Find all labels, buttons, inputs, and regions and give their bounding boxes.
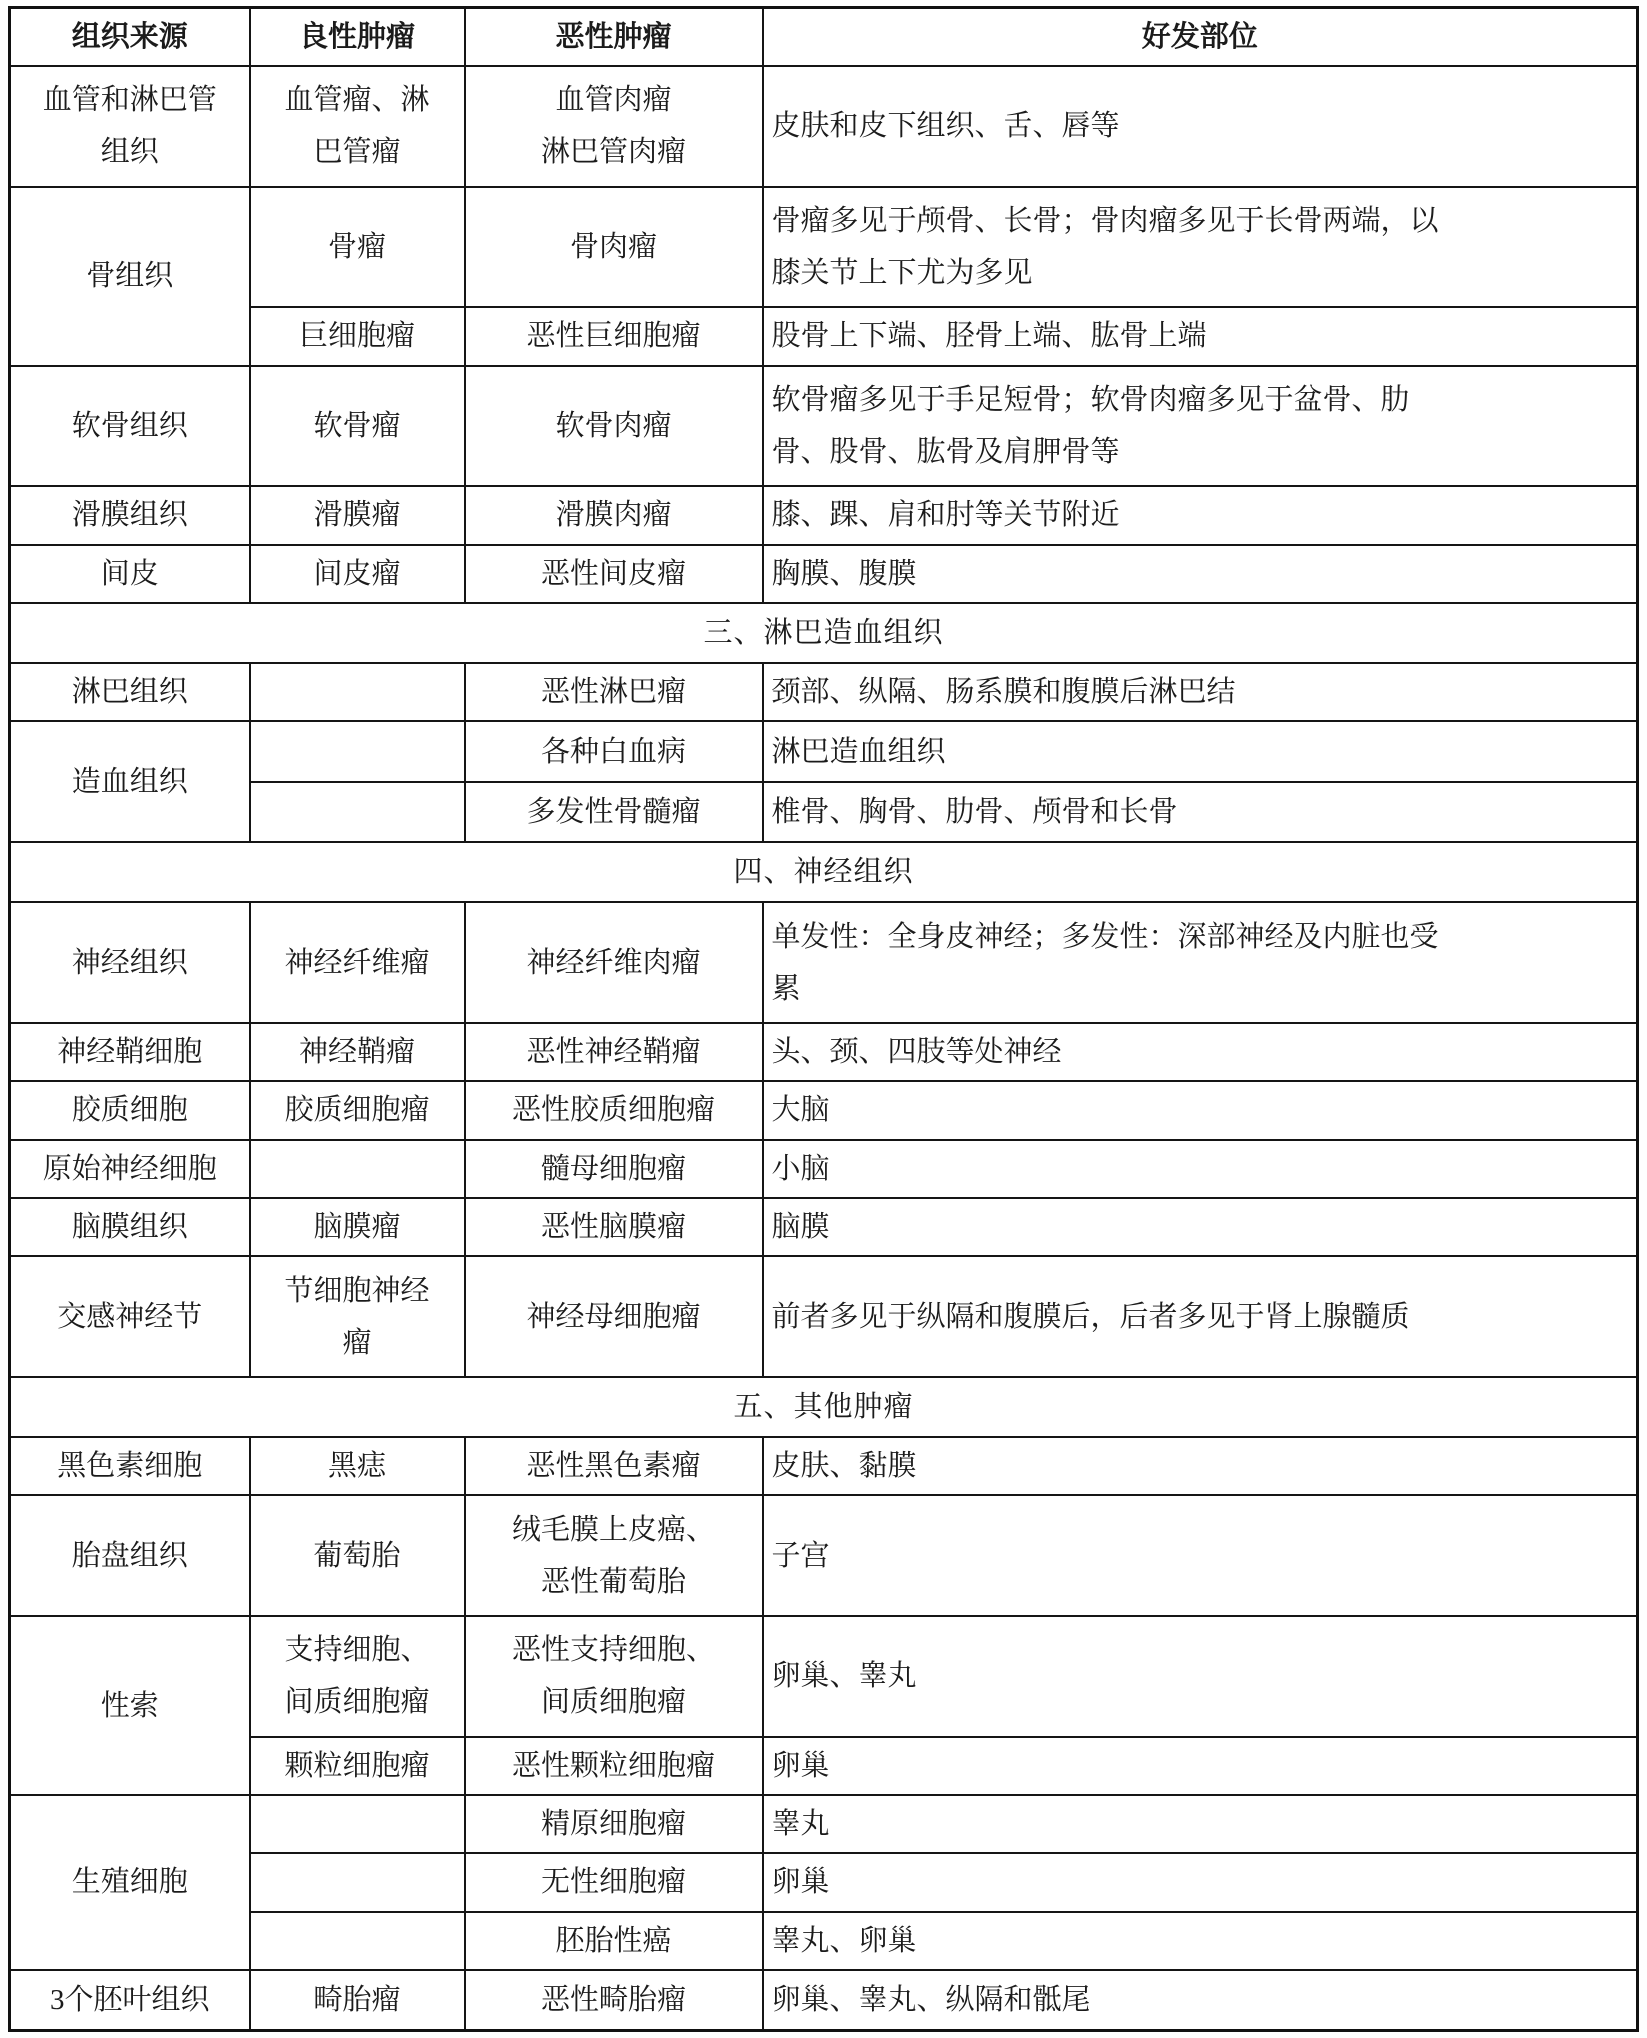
benign-tumor-cell [250,1795,465,1853]
site-cell: 前者多见于纵隔和腹膜后，后者多见于肾上腺髓质 [763,1256,1638,1377]
tissue-origin-cell: 血管和淋巴管 组织 [10,66,250,187]
site-cell: 小脑 [763,1140,1638,1198]
malignant-tumor-cell: 恶性颗粒细胞瘤 [465,1737,763,1795]
site-cell: 睾丸 [763,1795,1638,1853]
section-header: 五、其他肿瘤 [10,1377,1638,1437]
table-row: 血管和淋巴管 组织 血管瘤、淋 巴管瘤 血管肉瘤 淋巴管肉瘤 皮肤和皮下组织、舌… [10,66,1638,187]
site-cell: 睾丸、卵巢 [763,1912,1638,1970]
tissue-origin-cell: 性索 [10,1616,250,1795]
malignant-tumor-cell: 神经纤维肉瘤 [465,902,763,1023]
malignant-tumor-cell: 神经母细胞瘤 [465,1256,763,1377]
tissue-origin-cell: 滑膜组织 [10,486,250,544]
tissue-origin-cell: 淋巴组织 [10,663,250,721]
tissue-origin-cell: 黑色素细胞 [10,1437,250,1495]
benign-tumor-cell: 神经纤维瘤 [250,902,465,1023]
table-row: 无性细胞瘤 卵巢 [10,1853,1638,1911]
site-cell: 股骨上下端、胫骨上端、肱骨上端 [763,307,1638,365]
col-header-tissue-origin: 组织来源 [10,8,250,67]
tissue-origin-cell: 骨组织 [10,187,250,366]
section-header: 四、神经组织 [10,842,1638,902]
table-row: 造血组织 各种白血病 淋巴造血组织 [10,721,1638,781]
tissue-origin-cell: 脑膜组织 [10,1198,250,1256]
tissue-origin-cell: 原始神经细胞 [10,1140,250,1198]
malignant-tumor-cell: 软骨肉瘤 [465,366,763,487]
table-row: 多发性骨髓瘤 椎骨、胸骨、肋骨、颅骨和长骨 [10,782,1638,842]
table-row: 淋巴组织 恶性淋巴瘤 颈部、纵隔、肠系膜和腹膜后淋巴结 [10,663,1638,721]
malignant-tumor-cell: 恶性胶质细胞瘤 [465,1081,763,1139]
tissue-origin-cell: 胶质细胞 [10,1081,250,1139]
site-cell: 椎骨、胸骨、肋骨、颅骨和长骨 [763,782,1638,842]
site-cell: 皮肤、黏膜 [763,1437,1638,1495]
col-header-malignant-tumor: 恶性肿瘤 [465,8,763,67]
benign-tumor-cell: 骨瘤 [250,187,465,308]
tissue-origin-cell: 软骨组织 [10,366,250,487]
malignant-tumor-cell: 恶性畸胎瘤 [465,1970,763,2031]
site-cell: 骨瘤多见于颅骨、长骨；骨肉瘤多见于长骨两端，以 膝关节上下尤为多见 [763,187,1638,308]
benign-tumor-cell: 胶质细胞瘤 [250,1081,465,1139]
table-row: 生殖细胞 精原细胞瘤 睾丸 [10,1795,1638,1853]
tissue-origin-cell: 神经组织 [10,902,250,1023]
tumor-classification-table: 组织来源 良性肿瘤 恶性肿瘤 好发部位 血管和淋巴管 组织 血管瘤、淋 巴管瘤 … [8,6,1639,2032]
col-header-common-sites: 好发部位 [763,8,1638,67]
benign-tumor-cell [250,1140,465,1198]
malignant-tumor-cell: 恶性黑色素瘤 [465,1437,763,1495]
table-row: 骨组织 骨瘤 骨肉瘤 骨瘤多见于颅骨、长骨；骨肉瘤多见于长骨两端，以 膝关节上下… [10,187,1638,308]
malignant-tumor-cell: 滑膜肉瘤 [465,486,763,544]
malignant-tumor-cell: 胚胎性癌 [465,1912,763,1970]
table-row: 胶质细胞 胶质细胞瘤 恶性胶质细胞瘤 大脑 [10,1081,1638,1139]
site-cell: 子宫 [763,1495,1638,1616]
benign-tumor-cell: 黑痣 [250,1437,465,1495]
table-row: 胚胎性癌 睾丸、卵巢 [10,1912,1638,1970]
malignant-tumor-cell: 恶性支持细胞、 间质细胞瘤 [465,1616,763,1737]
site-cell: 卵巢、睾丸 [763,1616,1638,1737]
table-row: 软骨组织 软骨瘤 软骨肉瘤 软骨瘤多见于手足短骨；软骨肉瘤多见于盆骨、肋 骨、股… [10,366,1638,487]
tissue-origin-cell: 神经鞘细胞 [10,1023,250,1081]
malignant-tumor-cell: 血管肉瘤 淋巴管肉瘤 [465,66,763,187]
site-cell: 卵巢 [763,1853,1638,1911]
benign-tumor-cell: 血管瘤、淋 巴管瘤 [250,66,465,187]
malignant-tumor-cell: 无性细胞瘤 [465,1853,763,1911]
site-cell: 脑膜 [763,1198,1638,1256]
malignant-tumor-cell: 恶性巨细胞瘤 [465,307,763,365]
table-row: 原始神经细胞 髓母细胞瘤 小脑 [10,1140,1638,1198]
site-cell: 大脑 [763,1081,1638,1139]
tissue-origin-cell: 胎盘组织 [10,1495,250,1616]
malignant-tumor-cell: 各种白血病 [465,721,763,781]
site-cell: 淋巴造血组织 [763,721,1638,781]
tissue-origin-cell: 生殖细胞 [10,1795,250,1970]
site-cell: 单发性：全身皮神经；多发性：深部神经及内脏也受 累 [763,902,1638,1023]
tissue-origin-cell: 交感神经节 [10,1256,250,1377]
site-cell: 软骨瘤多见于手足短骨；软骨肉瘤多见于盆骨、肋 骨、股骨、肱骨及肩胛骨等 [763,366,1638,487]
benign-tumor-cell: 间皮瘤 [250,545,465,603]
header-row: 组织来源 良性肿瘤 恶性肿瘤 好发部位 [10,8,1638,67]
table-row: 交感神经节 节细胞神经 瘤 神经母细胞瘤 前者多见于纵隔和腹膜后，后者多见于肾上… [10,1256,1638,1377]
table-row: 性索 支持细胞、 间质细胞瘤 恶性支持细胞、 间质细胞瘤 卵巢、睾丸 [10,1616,1638,1737]
table-row: 黑色素细胞 黑痣 恶性黑色素瘤 皮肤、黏膜 [10,1437,1638,1495]
table-row: 胎盘组织 葡萄胎 绒毛膜上皮癌、 恶性葡萄胎 子宫 [10,1495,1638,1616]
malignant-tumor-cell: 恶性神经鞘瘤 [465,1023,763,1081]
site-cell: 胸膜、腹膜 [763,545,1638,603]
benign-tumor-cell: 颗粒细胞瘤 [250,1737,465,1795]
table-row: 颗粒细胞瘤 恶性颗粒细胞瘤 卵巢 [10,1737,1638,1795]
section-row: 四、神经组织 [10,842,1638,902]
benign-tumor-cell: 脑膜瘤 [250,1198,465,1256]
site-cell: 膝、踝、肩和肘等关节附近 [763,486,1638,544]
site-cell: 卵巢、睾丸、纵隔和骶尾 [763,1970,1638,2031]
section-row: 五、其他肿瘤 [10,1377,1638,1437]
site-cell: 头、颈、四肢等处神经 [763,1023,1638,1081]
tissue-origin-cell: 造血组织 [10,721,250,842]
malignant-tumor-cell: 恶性间皮瘤 [465,545,763,603]
benign-tumor-cell: 支持细胞、 间质细胞瘤 [250,1616,465,1737]
benign-tumor-cell: 神经鞘瘤 [250,1023,465,1081]
section-row: 三、淋巴造血组织 [10,603,1638,663]
malignant-tumor-cell: 多发性骨髓瘤 [465,782,763,842]
benign-tumor-cell [250,721,465,781]
malignant-tumor-cell: 绒毛膜上皮癌、 恶性葡萄胎 [465,1495,763,1616]
site-cell: 卵巢 [763,1737,1638,1795]
table-row: 滑膜组织 滑膜瘤 滑膜肉瘤 膝、踝、肩和肘等关节附近 [10,486,1638,544]
table-row: 神经鞘细胞 神经鞘瘤 恶性神经鞘瘤 头、颈、四肢等处神经 [10,1023,1638,1081]
malignant-tumor-cell: 精原细胞瘤 [465,1795,763,1853]
table-row: 神经组织 神经纤维瘤 神经纤维肉瘤 单发性：全身皮神经；多发性：深部神经及内脏也… [10,902,1638,1023]
benign-tumor-cell: 软骨瘤 [250,366,465,487]
benign-tumor-cell: 滑膜瘤 [250,486,465,544]
table-row: 间皮 间皮瘤 恶性间皮瘤 胸膜、腹膜 [10,545,1638,603]
benign-tumor-cell [250,1853,465,1911]
section-header: 三、淋巴造血组织 [10,603,1638,663]
benign-tumor-cell [250,1912,465,1970]
malignant-tumor-cell: 恶性脑膜瘤 [465,1198,763,1256]
table-row: 巨细胞瘤 恶性巨细胞瘤 股骨上下端、胫骨上端、肱骨上端 [10,307,1638,365]
benign-tumor-cell [250,663,465,721]
table-row: 3个胚叶组织 畸胎瘤 恶性畸胎瘤 卵巢、睾丸、纵隔和骶尾 [10,1970,1638,2031]
benign-tumor-cell [250,782,465,842]
malignant-tumor-cell: 髓母细胞瘤 [465,1140,763,1198]
malignant-tumor-cell: 恶性淋巴瘤 [465,663,763,721]
benign-tumor-cell: 巨细胞瘤 [250,307,465,365]
site-cell: 皮肤和皮下组织、舌、唇等 [763,66,1638,187]
scanned-table-page: 组织来源 良性肿瘤 恶性肿瘤 好发部位 血管和淋巴管 组织 血管瘤、淋 巴管瘤 … [0,0,1647,2038]
site-cell: 颈部、纵隔、肠系膜和腹膜后淋巴结 [763,663,1638,721]
benign-tumor-cell: 节细胞神经 瘤 [250,1256,465,1377]
col-header-benign-tumor: 良性肿瘤 [250,8,465,67]
tissue-origin-cell: 3个胚叶组织 [10,1970,250,2031]
table-row: 脑膜组织 脑膜瘤 恶性脑膜瘤 脑膜 [10,1198,1638,1256]
malignant-tumor-cell: 骨肉瘤 [465,187,763,308]
tissue-origin-cell: 间皮 [10,545,250,603]
benign-tumor-cell: 畸胎瘤 [250,1970,465,2031]
benign-tumor-cell: 葡萄胎 [250,1495,465,1616]
